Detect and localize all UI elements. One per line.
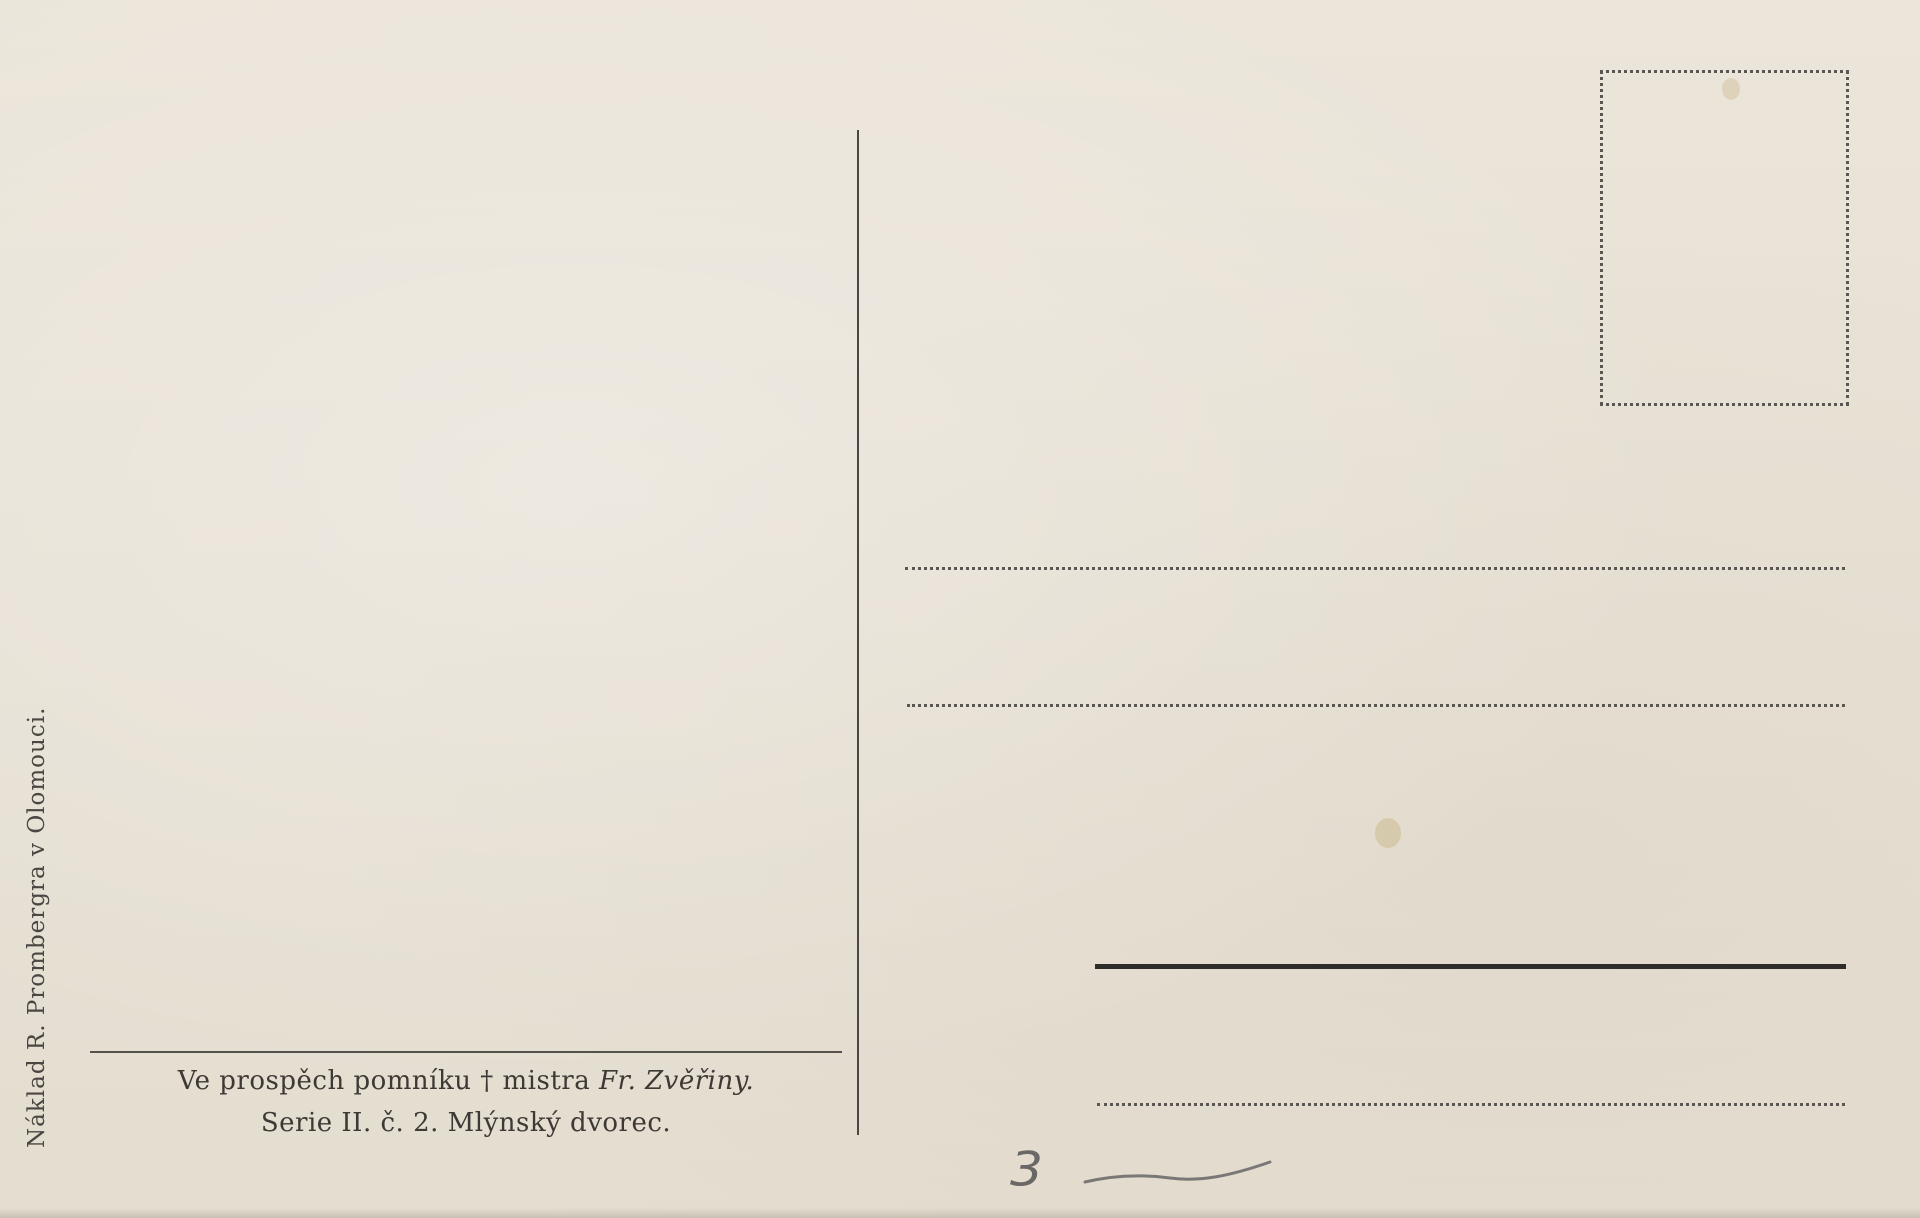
caption-line-1-text: Ve prospěch pomníku † mistra (178, 1066, 599, 1096)
address-line-3-solid (1095, 964, 1846, 969)
stamp-box (1600, 70, 1849, 406)
address-line-1 (905, 567, 1845, 570)
caption-line-2: Serie II. č. 2. Mlýnský dvorec. (90, 1108, 842, 1138)
pencil-stroke-icon (1080, 1150, 1280, 1190)
caption-line-1-name: Fr. Zvěřiny. (599, 1066, 754, 1096)
caption-line-1: Ve prospěch pomníku † mistra Fr. Zvěřiny… (90, 1066, 842, 1096)
paper-stain (1722, 78, 1740, 100)
publisher-imprint: Náklad R. Prombergra v Olomouci. (24, 707, 50, 1148)
paper-stain (1375, 818, 1401, 848)
postcard-back: Náklad R. Prombergra v Olomouci. Ve pros… (0, 0, 1920, 1218)
address-line-2 (907, 704, 1845, 707)
caption-rule (90, 1051, 842, 1053)
address-line-4 (1097, 1103, 1845, 1106)
handwritten-number: 3 (1010, 1143, 1043, 1197)
center-divider-line (857, 130, 859, 1135)
